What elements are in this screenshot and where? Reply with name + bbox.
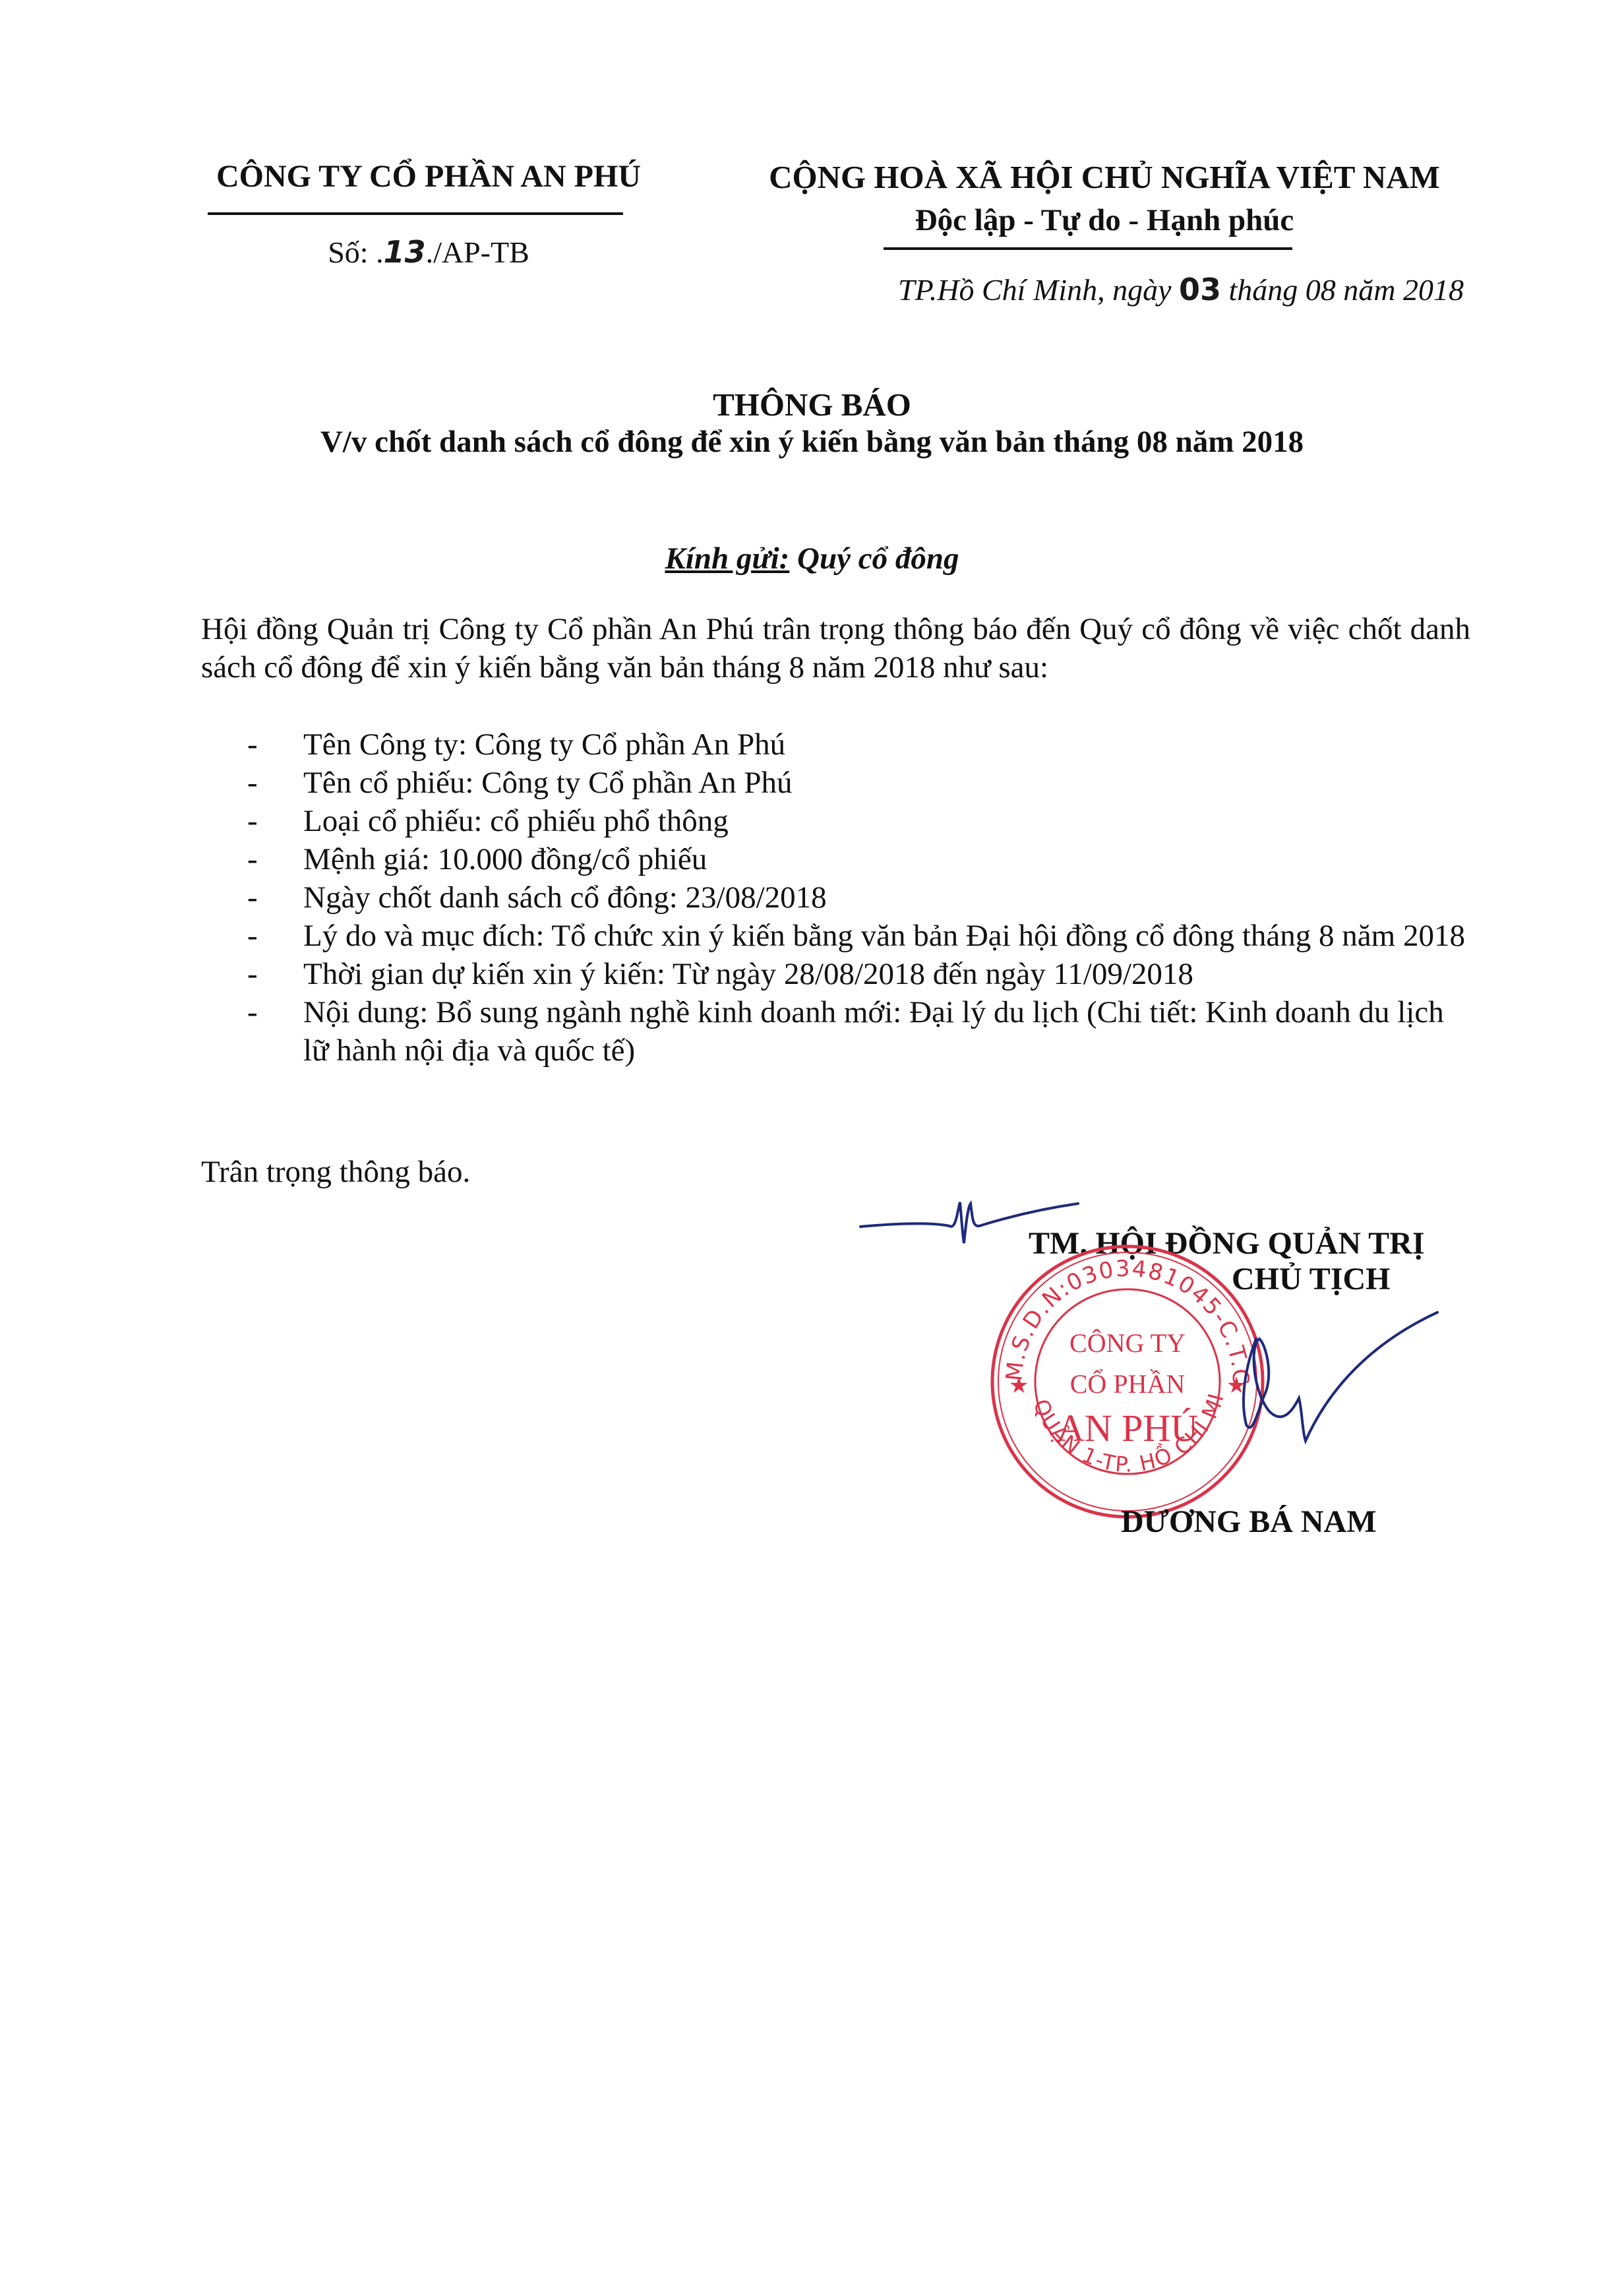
greeting-label: Kính gửi: <box>665 541 789 576</box>
national-motto: Độc lập - Tự do - Hạnh phúc <box>732 202 1477 238</box>
header-divider-right <box>884 247 1292 250</box>
company-name: CÔNG TY CỔ PHẦN AN PHÚ <box>165 158 692 195</box>
list-item-text: Tên Công ty: Công ty Cổ phần An Phú <box>303 727 785 762</box>
chairman-signature-icon <box>1220 1299 1457 1457</box>
bullet: - <box>247 802 258 840</box>
national-header: CỘNG HOÀ XÃ HỘI CHỦ NGHĨA VIỆT NAM Độc l… <box>732 158 1477 238</box>
list-item-text: Mệnh giá: 10.000 đồng/cổ phiếu <box>303 842 707 876</box>
list-item: -Lý do và mục đích: Tổ chức xin ý kiến b… <box>247 917 1470 955</box>
list-item-text: Loại cổ phiếu: cổ phiếu phổ thông <box>303 804 729 838</box>
svg-text:M.S.D.N:0303481045-C.T.C.P: M.S.D.N:0303481045-C.T.C.P <box>986 1240 1253 1386</box>
list-item: -Ngày chốt danh sách cổ đông: 23/08/2018 <box>247 878 1470 917</box>
greeting-recipient: Quý cổ đông <box>789 541 959 576</box>
list-item: -Nội dung: Bổ sung ngành nghề kinh doanh… <box>247 993 1470 1070</box>
date-line: TP.Hồ Chí Minh, ngày 03 tháng 08 năm 201… <box>791 272 1464 307</box>
doc-number-suffix: ./AP-TB <box>426 235 529 269</box>
bullet: - <box>247 764 258 802</box>
document-subject: V/v chốt danh sách cổ đông để xin ý kiến… <box>0 424 1624 460</box>
list-item: -Tên cổ phiếu: Công ty Cổ phần An Phú <box>247 764 1470 802</box>
svg-text:★: ★ <box>1009 1372 1029 1399</box>
list-item: -Loại cổ phiếu: cổ phiếu phổ thông <box>247 802 1470 840</box>
details-list: -Tên Công ty: Công ty Cổ phần An Phú -Tê… <box>247 725 1470 1070</box>
svg-text:CỔ PHẦN: CỔ PHẦN <box>1070 1369 1185 1399</box>
closing-line: Trân trọng thông báo. <box>201 1154 470 1190</box>
date-suffix: tháng 08 năm 2018 <box>1221 273 1464 307</box>
bullet: - <box>247 993 258 1031</box>
doc-number-handwritten: 13 <box>384 234 426 270</box>
list-item: -Mệnh giá: 10.000 đồng/cổ phiếu <box>247 840 1470 878</box>
header-divider-left <box>208 212 623 215</box>
document-number: Số: .13./AP-TB <box>165 234 692 270</box>
list-item-text: Lý do và mục đích: Tổ chức xin ý kiến bằ… <box>303 919 1465 953</box>
bullet: - <box>247 878 258 917</box>
date-prefix: TP.Hồ Chí Minh, ngày <box>898 273 1179 307</box>
svg-text:AN PHÚ: AN PHÚ <box>1057 1407 1198 1450</box>
list-item-text: Tên cổ phiếu: Công ty Cổ phần An Phú <box>303 766 793 800</box>
list-item-text: Ngày chốt danh sách cổ đông: 23/08/2018 <box>303 880 827 915</box>
doc-number-prefix: Số: . <box>328 235 383 269</box>
bullet: - <box>247 725 258 764</box>
intro-paragraph: Hội đồng Quản trị Công ty Cổ phần An Phú… <box>201 610 1470 687</box>
document-title: THÔNG BÁO <box>0 386 1624 423</box>
list-item: -Thời gian dự kiến xin ý kiến: Từ ngày 2… <box>247 955 1470 993</box>
list-item-text: Thời gian dự kiến xin ý kiến: Từ ngày 28… <box>303 957 1193 991</box>
company-header: CÔNG TY CỔ PHẦN AN PHÚ <box>165 158 692 195</box>
list-item-text: Nội dung: Bổ sung ngành nghề kinh doanh … <box>303 995 1444 1068</box>
greeting: Kính gửi: Quý cổ đông <box>0 541 1624 576</box>
bullet: - <box>247 840 258 878</box>
nation-title: CỘNG HOÀ XÃ HỘI CHỦ NGHĨA VIỆT NAM <box>732 158 1477 196</box>
svg-text:CÔNG TY: CÔNG TY <box>1069 1328 1186 1358</box>
bullet: - <box>247 955 258 993</box>
list-item: -Tên Công ty: Công ty Cổ phần An Phú <box>247 725 1470 764</box>
bullet: - <box>247 917 258 955</box>
date-day-handwritten: 03 <box>1179 272 1221 307</box>
signer-name: DƯƠNG BÁ NAM <box>1121 1504 1377 1540</box>
